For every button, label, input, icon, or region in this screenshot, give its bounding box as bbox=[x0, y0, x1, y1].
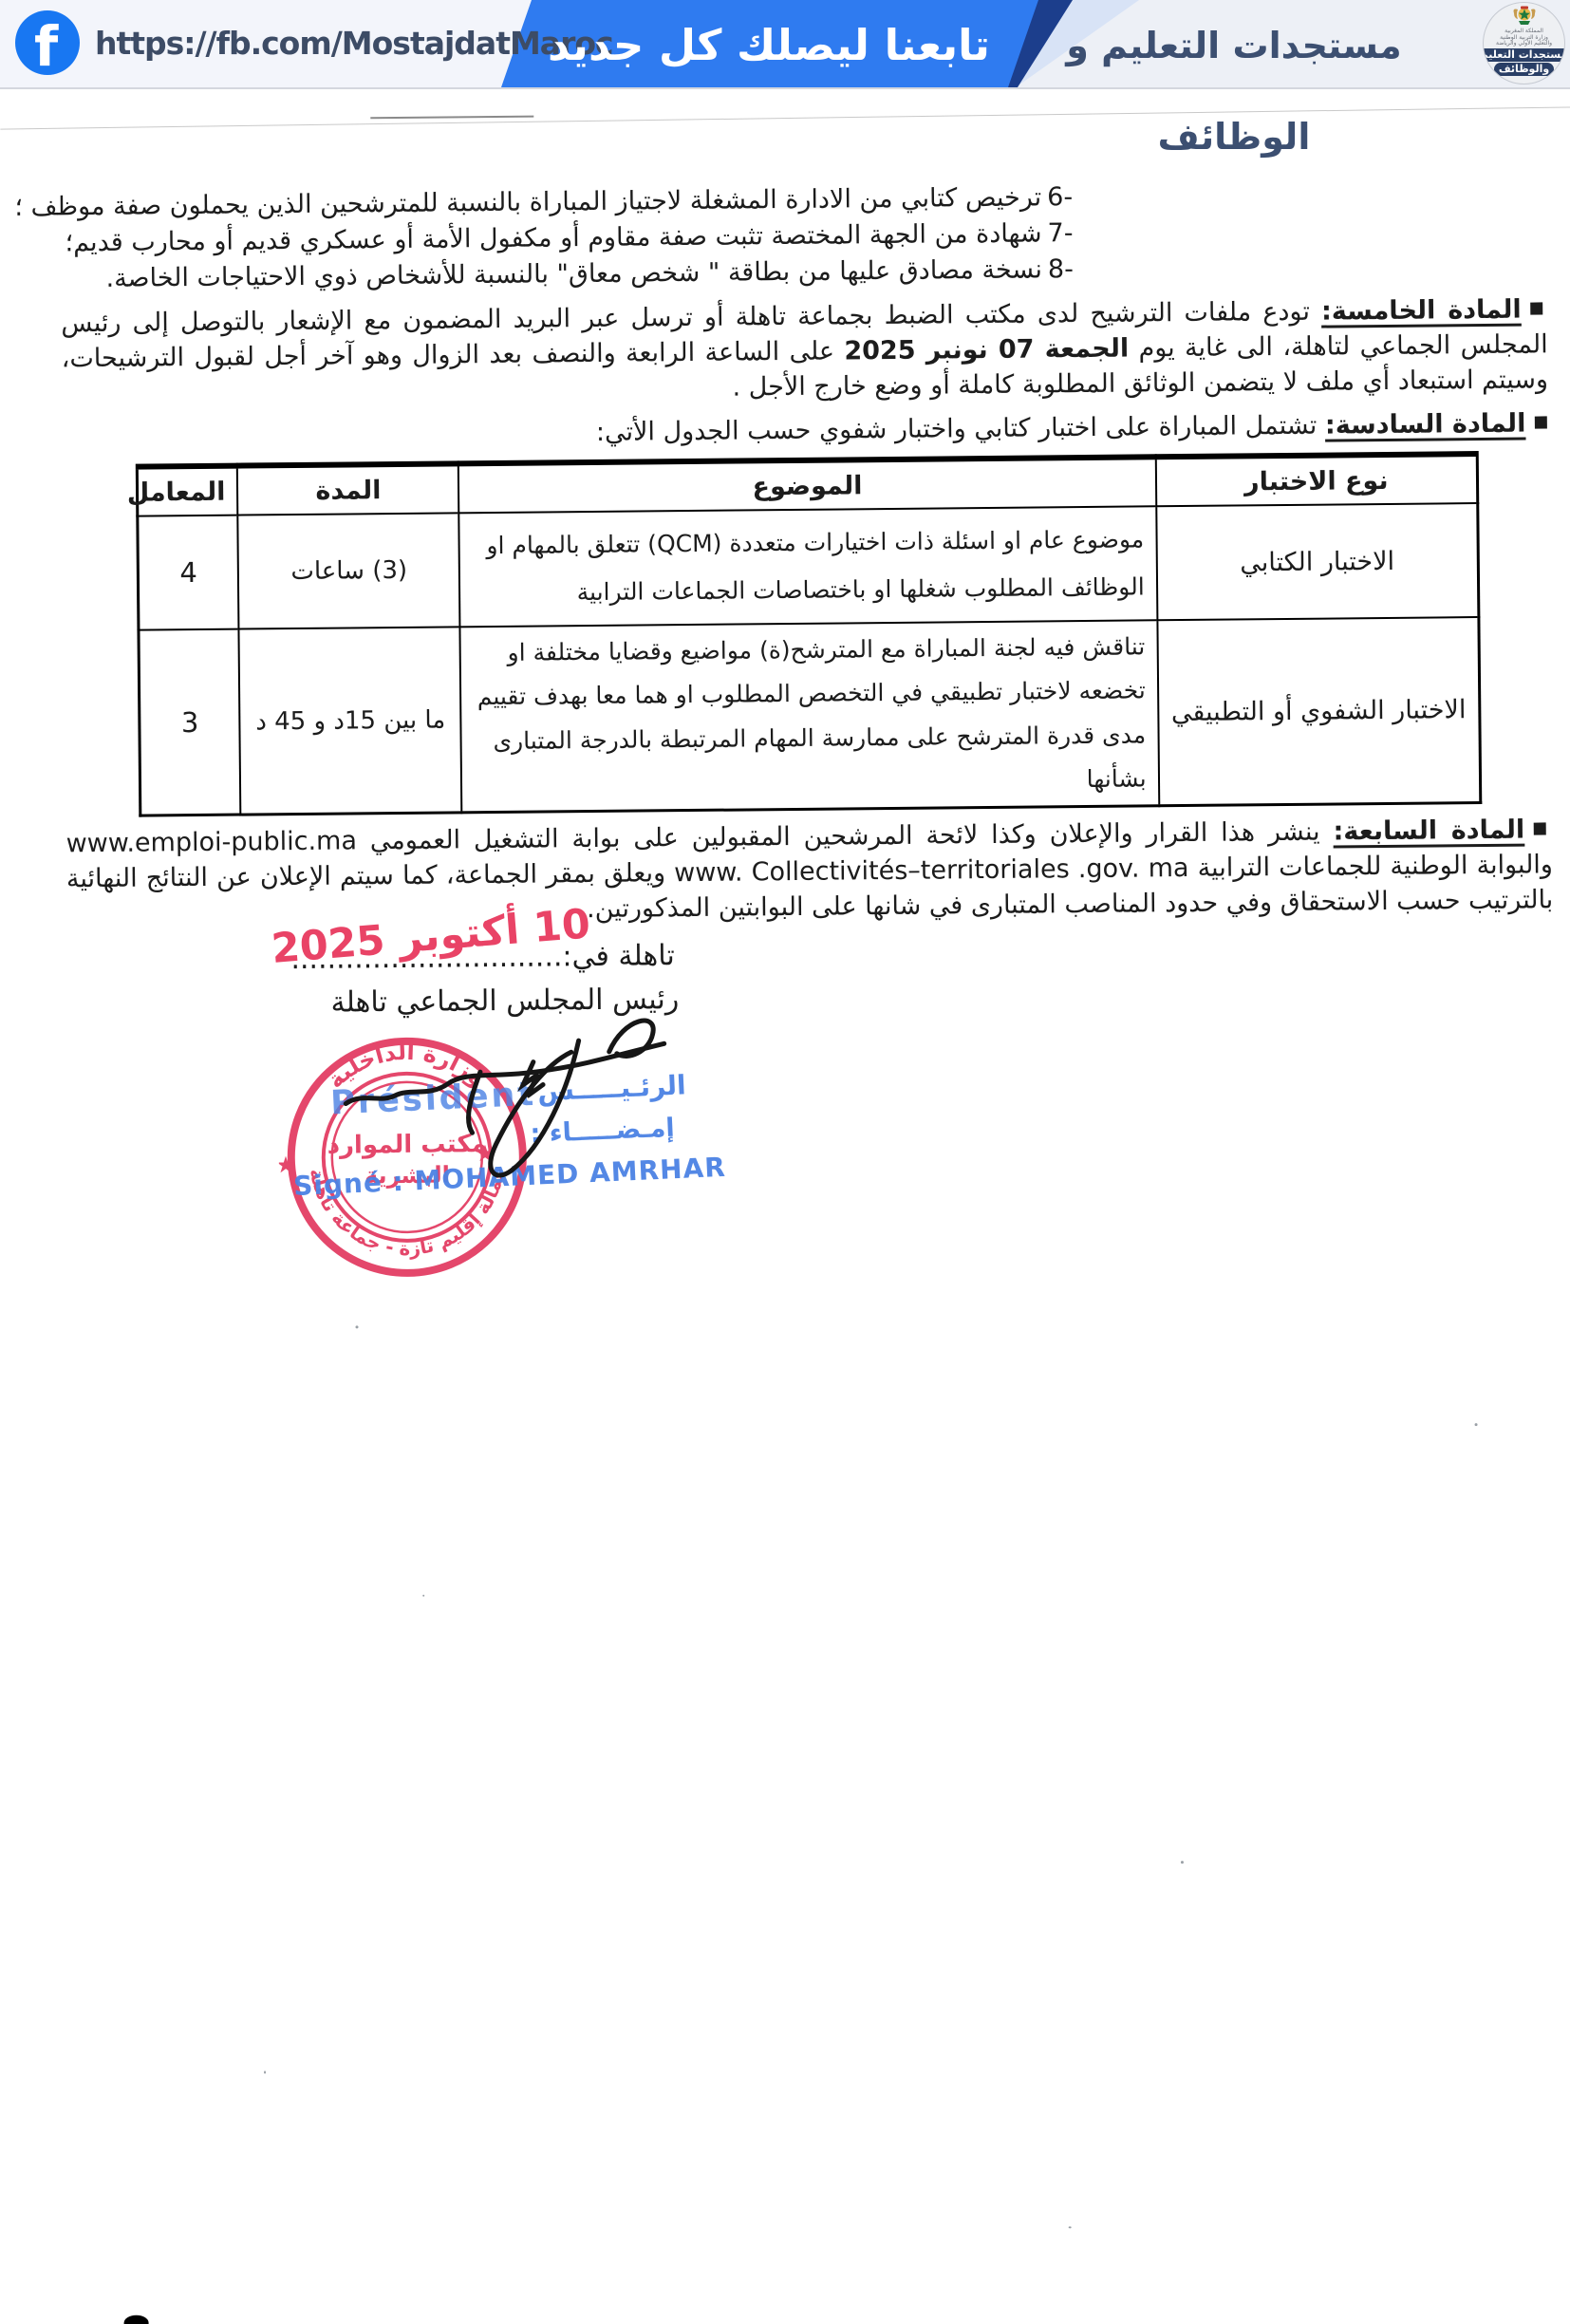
logo-pill-1: مستجدات التعليم bbox=[1483, 48, 1565, 62]
article-5: ■المادة الخامسة: تودع ملفات الترشيح لدى … bbox=[61, 290, 1548, 411]
scanned-document-page: f https://fb.com/MostajdatMaroc تابعنا ل… bbox=[0, 0, 1570, 2324]
exam-type-cell: الاختبار الشفوي أو التطبيقي bbox=[1157, 617, 1481, 806]
brand-logo: المملكة المغربية وزارة التربية الوطنية و… bbox=[1483, 2, 1565, 84]
subject-cell: تناقش فيه لجنة المباراة مع المترشح(ة) مو… bbox=[460, 620, 1159, 813]
col-header-duration: المدة bbox=[237, 463, 458, 515]
page-number-partial bbox=[123, 2315, 148, 2324]
square-bullet-icon: ■ bbox=[1532, 818, 1553, 837]
logo-tiny-line: والتعليم الأولي والرياضة bbox=[1496, 41, 1552, 47]
coefficient-cell: 4 bbox=[138, 515, 239, 630]
scan-artifact-line bbox=[370, 116, 533, 120]
subject-cell: موضوع عام او اسئلة ذات اختيارات متعددة (… bbox=[459, 506, 1157, 627]
scan-artifact-line bbox=[0, 106, 1570, 129]
list-item-text: شهادة من الجهة المختصة تثبت صفة مقاوم أو… bbox=[65, 218, 1041, 257]
col-header-exam-type: نوع الاختبار bbox=[1155, 454, 1477, 506]
article-6-label: المادة السادسة: bbox=[1325, 409, 1526, 440]
logo-pill-2: والوظائف bbox=[1494, 63, 1554, 76]
list-item-text: ترخيص كتابي من الادارة المشغلة لاجتياز ا… bbox=[14, 182, 1041, 221]
article-7-text: والبوابة الوطنية للجماعات الترابية bbox=[1188, 850, 1553, 883]
coefficient-cell: 3 bbox=[139, 629, 241, 816]
duration-cell: ما بين 15د و 45 د bbox=[239, 627, 462, 815]
list-item-text: نسخة مصادق عليها من بطاقة " شخص معاق" با… bbox=[105, 254, 1042, 292]
portal-url-1: www.emploi-public.ma bbox=[65, 826, 357, 858]
article-6-text: تشتمل المباراة على اختبار كتابي واختبار … bbox=[596, 411, 1325, 447]
exam-type-cell: الاختبار الكتابي bbox=[1156, 503, 1479, 620]
article-7: ■المادة السابعة: ينشر هذا القرار والإعلا… bbox=[65, 811, 1553, 931]
article-7-text: ينشر هذا القرار والإعلان وكذا لائحة المر… bbox=[357, 817, 1334, 856]
article-7-label: المادة السابعة: bbox=[1333, 815, 1524, 847]
square-bullet-icon: ■ bbox=[1529, 298, 1548, 317]
list-item-number: 7- bbox=[1047, 216, 1073, 252]
scan-speck bbox=[1181, 1861, 1184, 1864]
scan-speck bbox=[1475, 1423, 1478, 1426]
deadline-date: الجمعة 07 نونبر 2025 bbox=[844, 334, 1129, 366]
exam-table: نوع الاختبار الموضوع المدة المعامل الاخت… bbox=[136, 451, 1483, 817]
signature-area: تاهلة في:.............................. … bbox=[9, 930, 1570, 1354]
table-row: الاختبار الشفوي أو التطبيقي تناقش فيه لج… bbox=[139, 617, 1481, 815]
document-body: 6-ترخيص كتابي من الادارة المشغلة لاجتياز… bbox=[0, 80, 1570, 2324]
square-bullet-icon: ■ bbox=[1533, 412, 1548, 431]
col-header-subject: الموضوع bbox=[458, 457, 1156, 513]
facebook-icon: f bbox=[15, 10, 80, 75]
list-item-number: 8- bbox=[1048, 252, 1074, 288]
moroccan-emblem-icon bbox=[1510, 6, 1539, 28]
list-item-number: 6- bbox=[1047, 179, 1073, 216]
scan-speck bbox=[356, 1325, 359, 1328]
article-6: ■المادة السادسة: تشتمل المباراة على اختب… bbox=[62, 404, 1548, 455]
portal-url-2: www. Collectivités–territoriales .gov. m… bbox=[674, 853, 1189, 888]
scan-speck bbox=[1069, 2226, 1072, 2228]
page-brand-title: مستجدات التعليم و الوظائف bbox=[1030, 0, 1438, 87]
facebook-f-glyph: f bbox=[34, 14, 58, 75]
scan-speck bbox=[422, 1595, 424, 1597]
table-row: الاختبار الكتابي موضوع عام او اسئلة ذات … bbox=[138, 503, 1479, 630]
requirements-list: 6-ترخيص كتابي من الادارة المشغلة لاجتياز… bbox=[1, 179, 1074, 298]
header-banner: f https://fb.com/MostajdatMaroc تابعنا ل… bbox=[0, 0, 1570, 89]
duration-cell: (3) ساعات bbox=[238, 513, 460, 628]
article-5-label: المادة الخامسة: bbox=[1321, 295, 1522, 327]
scan-speck bbox=[264, 2071, 266, 2073]
follow-ribbon-text: تابعنا ليصلك كل جديد bbox=[517, 0, 1020, 87]
handwritten-signature bbox=[293, 1002, 694, 1186]
col-header-coefficient: المعامل bbox=[137, 466, 237, 516]
